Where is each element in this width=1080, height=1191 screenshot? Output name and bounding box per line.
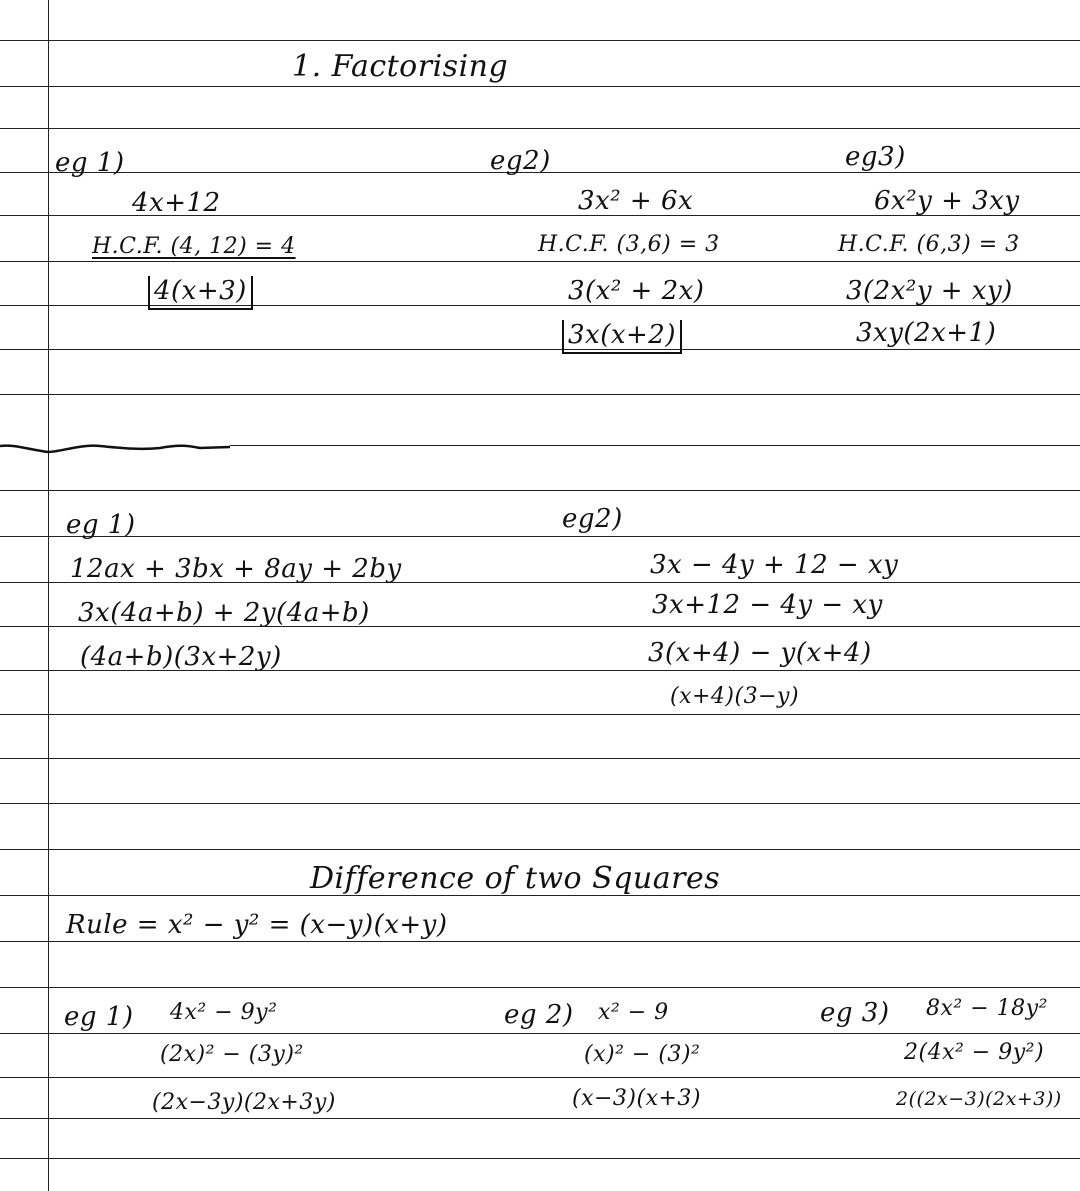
- answer: 4(x+3): [148, 276, 253, 310]
- ruled-line: [0, 941, 1080, 942]
- answer: 3x(x+2): [562, 320, 682, 354]
- expression: 8x² − 18y²: [926, 998, 1048, 1020]
- working-line: (x)² − (3)²: [584, 1044, 700, 1066]
- hcf-line: H.C.F. (4, 12) = 4: [92, 236, 296, 258]
- notebook-page: 1. Factorising eg 1) 4x+12 H.C.F. (4, 12…: [0, 0, 1080, 1191]
- section-divider-squiggle: [0, 438, 230, 458]
- example-label: eg2): [562, 506, 623, 532]
- ruled-line: [0, 86, 1080, 87]
- ruled-line: [0, 40, 1080, 41]
- expression: 12ax + 3bx + 8ay + 2by: [70, 556, 402, 582]
- ruled-line: [0, 987, 1080, 988]
- hcf-line: H.C.F. (3,6) = 3: [538, 234, 720, 256]
- working-line: 3x+12 − 4y − xy: [652, 592, 883, 618]
- section-title-difference-of-squares: Difference of two Squares: [310, 864, 720, 894]
- example-label: eg 1): [66, 512, 135, 538]
- answer: 3xy(2x+1): [856, 320, 996, 346]
- section-title-factorising: 1. Factorising: [292, 52, 508, 82]
- ruled-line: [0, 1033, 1080, 1034]
- ruled-line: [0, 128, 1080, 129]
- working-line: 3(2x²y + xy): [846, 278, 1013, 304]
- ruled-line: [0, 1158, 1080, 1159]
- ruled-line: [230, 445, 1080, 446]
- example-label: eg 3): [820, 1000, 889, 1026]
- answer: (4a+b)(3x+2y): [80, 644, 282, 670]
- expression: 3x² + 6x: [578, 188, 693, 214]
- answer: (2x−3y)(2x+3y): [152, 1092, 336, 1114]
- ruled-line: [0, 1118, 1080, 1119]
- answer: (x−3)(x+3): [572, 1088, 701, 1110]
- ruled-line: [0, 803, 1080, 804]
- expression: 4x² − 9y²: [170, 1002, 277, 1024]
- hcf-line: H.C.F. (6,3) = 3: [838, 234, 1020, 256]
- example-label: eg 2): [504, 1002, 573, 1028]
- example-label: eg 1): [64, 1004, 133, 1030]
- rule-statement: Rule = x² − y² = (x−y)(x+y): [66, 912, 448, 938]
- expression: x² − 9: [598, 1002, 669, 1024]
- working-line: (2x)² − (3y)²: [160, 1044, 304, 1066]
- answer: (x+4)(3−y): [670, 686, 799, 708]
- expression: 3x − 4y + 12 − xy: [650, 552, 898, 578]
- ruled-line: [0, 714, 1080, 715]
- answer: 2((2x−3)(2x+3)): [896, 1090, 1062, 1109]
- ruled-line: [0, 536, 1080, 537]
- ruled-line: [0, 349, 1080, 350]
- example-label: eg2): [490, 148, 551, 174]
- example-label: eg3): [845, 144, 906, 170]
- ruled-line: [0, 261, 1080, 262]
- working-line: 3(x² + 2x): [568, 278, 704, 304]
- ruled-line: [0, 1077, 1080, 1078]
- ruled-line: [0, 490, 1080, 491]
- example-label: eg 1): [55, 150, 124, 176]
- ruled-line: [0, 394, 1080, 395]
- ruled-line: [0, 758, 1080, 759]
- margin-line: [48, 0, 49, 1191]
- working-line: 3x(4a+b) + 2y(4a+b): [78, 600, 370, 626]
- working-line: 3(x+4) − y(x+4): [648, 640, 872, 666]
- expression: 4x+12: [132, 190, 221, 216]
- expression: 6x²y + 3xy: [874, 188, 1020, 214]
- ruled-line: [0, 849, 1080, 850]
- working-line: 2(4x² − 9y²): [904, 1042, 1044, 1064]
